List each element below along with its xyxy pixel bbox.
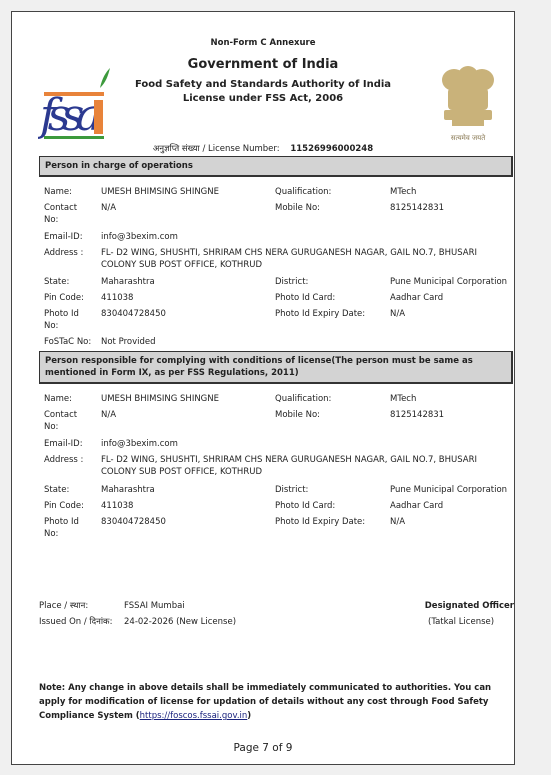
ashoka-emblem-icon: सत्यमेव जयते	[434, 58, 502, 148]
contact-value: N/A	[101, 202, 116, 214]
section-header-operations: Person in charge of operations	[39, 156, 513, 177]
foscos-link[interactable]: https://foscos.fssai.gov.in	[140, 711, 248, 721]
license-number-label: अनुज्ञप्ति संख्या / License Number:	[153, 144, 280, 154]
svg-text:सत्यमेव जयते: सत्यमेव जयते	[451, 133, 486, 142]
annexure-title: Non-Form C Annexure	[12, 38, 514, 48]
license-type: (Tatkal License)	[428, 616, 494, 628]
issued-value: 24-02-2026 (New License)	[124, 616, 236, 628]
note: Note: Any change in above details shall …	[39, 681, 513, 723]
mobile-value: 8125142831	[390, 202, 444, 214]
place-value: FSSAI Mumbai	[124, 600, 185, 612]
license-number-value: 11526996000248	[290, 144, 373, 154]
page-number: Page 7 of 9	[12, 742, 514, 754]
license-number-line: अनुज्ञप्ति संख्या / License Number: 1152…	[12, 143, 514, 154]
email-value: info@3bexim.com	[101, 231, 178, 243]
designated-officer: Designated Officer	[425, 600, 514, 612]
section-header-responsible-person: Person responsible for complying with co…	[39, 351, 513, 384]
qualification-value: MTech	[390, 186, 416, 198]
document-page: Non-Form C Annexure fssa Government of I…	[11, 11, 515, 765]
name-value: UMESH BHIMSING SHINGNE	[101, 186, 219, 198]
address-value: FL- D2 WING, SHUSHTI, SHRIRAM CHS NERA G…	[101, 247, 501, 271]
